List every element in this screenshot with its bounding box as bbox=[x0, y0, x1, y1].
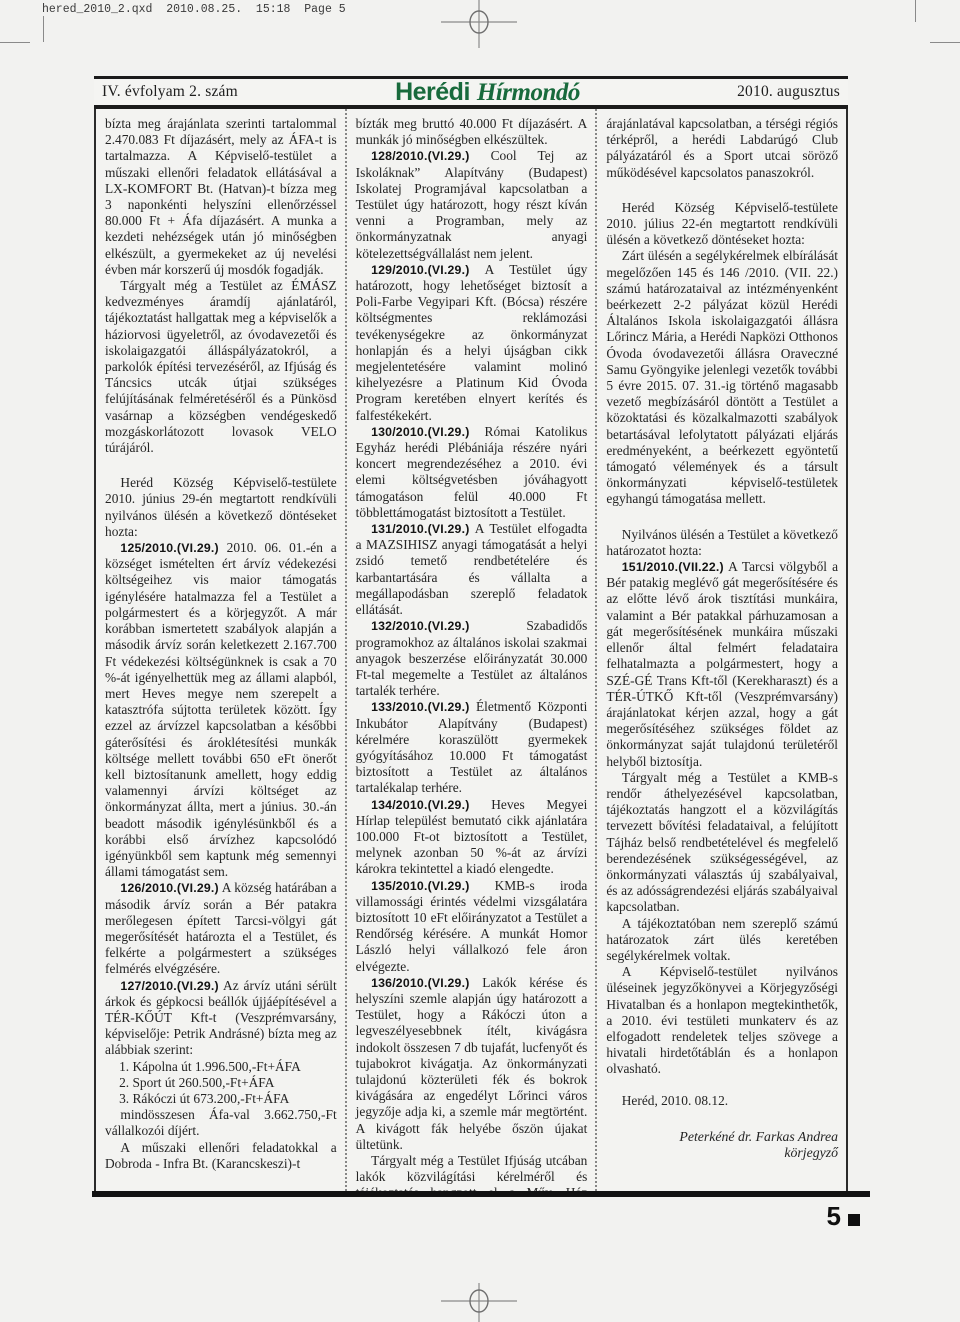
paragraph: 131/2010.(VI.29.) A Testület elfogadta a… bbox=[356, 521, 588, 618]
paragraph: 129/2010.(VI.29.) A Testület úgy határoz… bbox=[356, 262, 588, 424]
newsletter-title: HerédiHírmondó bbox=[395, 80, 580, 105]
paragraph: bízták meg bruttó 40.000 Ft díjazásért. … bbox=[356, 116, 588, 148]
paragraph: Peterkéné dr. Farkas Andrea bbox=[606, 1129, 838, 1145]
column-3: árajánlatával kapcsolatban, a térségi ré… bbox=[595, 109, 846, 1191]
paragraph: 126/2010.(VI.29.) A község határában a m… bbox=[105, 880, 337, 977]
paragraph: 1. Kápolna út 1.996.500,-Ft+ÁFA bbox=[105, 1059, 337, 1075]
article-body: bízta meg árajánlata szerinti tartalomma… bbox=[94, 109, 848, 1191]
resolution-number: 135/2010.(VI.29.) bbox=[371, 879, 469, 893]
issue-label: IV. évfolyam 2. szám bbox=[102, 83, 238, 101]
column-2: bízták meg bruttó 40.000 Ft díjazásért. … bbox=[345, 109, 596, 1191]
paragraph: Nyilvános ülésén a Testület a következő … bbox=[606, 527, 838, 559]
masthead: IV. évfolyam 2. szám HerédiHírmondó 2010… bbox=[94, 76, 848, 109]
crop-mark-left-tick bbox=[0, 42, 30, 43]
paragraph: A műszaki ellenőri feladatokkal a Dobrod… bbox=[105, 1140, 337, 1172]
paragraph: Tárgyalt még a Testület a KMB-s rendőr á… bbox=[606, 770, 838, 916]
title-word-heredi: Herédi bbox=[395, 78, 470, 106]
footer-square-icon bbox=[848, 1214, 860, 1226]
paragraph: körjegyző bbox=[606, 1145, 838, 1161]
paragraph: Heréd Község Képviselő-testülete 2010. j… bbox=[105, 475, 337, 540]
resolution-number: 133/2010.(VI.29.) bbox=[371, 700, 469, 714]
paragraph: A Képviselő-testület nyilvános üléseinek… bbox=[606, 964, 838, 1077]
crop-mark-top-right bbox=[915, 0, 916, 22]
resolution-number: 128/2010.(VI.29.) bbox=[371, 149, 469, 163]
crop-mark-right-tick bbox=[930, 42, 960, 43]
page-footer: 5 bbox=[800, 1201, 860, 1232]
paragraph: 133/2010.(VI.29.) Életmentő Központi Ink… bbox=[356, 699, 588, 796]
paragraph: bízta meg árajánlata szerinti tartalomma… bbox=[105, 116, 337, 278]
resolution-number: 126/2010.(VI.29.) bbox=[120, 881, 218, 895]
registration-mark-icon bbox=[441, 0, 517, 48]
paragraph: Zárt ülésén a segélykérelmek elbírálását… bbox=[606, 248, 838, 507]
paragraph: 134/2010.(VI.29.) Heves Megyei Hírlap te… bbox=[356, 797, 588, 878]
page-number: 5 bbox=[827, 1201, 841, 1232]
newsletter-page: hered_2010_2.qxd 2010.08.25. 15:18 Page … bbox=[0, 0, 960, 1322]
resolution-number: 127/2010.(VI.29.) bbox=[120, 979, 218, 993]
paragraph: 3. Rákóczi út 673.200,-Ft+ÁFA bbox=[105, 1091, 337, 1107]
resolution-number: 136/2010.(VI.29.) bbox=[371, 976, 469, 990]
resolution-number: 130/2010.(VI.29.) bbox=[371, 425, 469, 439]
registration-mark-icon bbox=[441, 1283, 517, 1322]
paragraph: Heréd Község Képviselő-testülete 2010. j… bbox=[606, 200, 838, 249]
paragraph: 151/2010.(VII.22.) A Tarcsi völgyből a B… bbox=[606, 559, 838, 770]
crop-mark-top-left bbox=[43, 16, 44, 42]
issue-date: 2010. augusztus bbox=[737, 83, 840, 101]
resolution-number: 134/2010.(VI.29.) bbox=[371, 798, 469, 812]
resolution-number: 132/2010.(VI.29.) bbox=[371, 619, 469, 633]
title-word-hirmondo: Hírmondó bbox=[477, 79, 580, 106]
paragraph: 125/2010.(VI.29.) 2010. 06. 01.-én a köz… bbox=[105, 540, 337, 880]
paragraph: A tájékoztatóban nem szereplő számú hatá… bbox=[606, 916, 838, 965]
resolution-number: 151/2010.(VII.22.) bbox=[622, 560, 724, 574]
paragraph: árajánlatával kapcsolatban, a térségi ré… bbox=[606, 116, 838, 181]
paragraph: 135/2010.(VI.29.) KMB-s iroda villamossá… bbox=[356, 878, 588, 975]
resolution-number: 125/2010.(VI.29.) bbox=[120, 541, 218, 555]
paragraph: 2. Sport út 260.500,-Ft+ÁFA bbox=[105, 1075, 337, 1091]
resolution-number: 131/2010.(VI.29.) bbox=[371, 522, 469, 536]
paragraph: Tárgyalt még a Testület az ÉMÁSZ kedvezm… bbox=[105, 278, 337, 456]
paragraph: 132/2010.(VI.29.) Szabadidős programokho… bbox=[356, 618, 588, 699]
paragraph: 136/2010.(VI.29.) Lakók kérése és helysz… bbox=[356, 975, 588, 1153]
paragraph: 127/2010.(VI.29.) Az árvíz utáni sérült … bbox=[105, 978, 337, 1059]
paragraph: 130/2010.(VI.29.) Római Katolikus Egyház… bbox=[356, 424, 588, 521]
paragraph: Tárgyalt még a Testület Ifjúság utcában … bbox=[356, 1153, 588, 1191]
resolution-number: 129/2010.(VI.29.) bbox=[371, 263, 469, 277]
bottom-rule bbox=[92, 1191, 870, 1197]
print-slug-line: hered_2010_2.qxd 2010.08.25. 15:18 Page … bbox=[42, 3, 346, 16]
column-1: bízta meg árajánlata szerinti tartalomma… bbox=[96, 109, 345, 1191]
paragraph: mindösszesen Áfa-val 3.662.750,-Ft válla… bbox=[105, 1107, 337, 1139]
paragraph: Heréd, 2010. 08.12. bbox=[606, 1093, 838, 1109]
paragraph: 128/2010.(VI.29.) Cool Tej az Iskoláknak… bbox=[356, 148, 588, 261]
